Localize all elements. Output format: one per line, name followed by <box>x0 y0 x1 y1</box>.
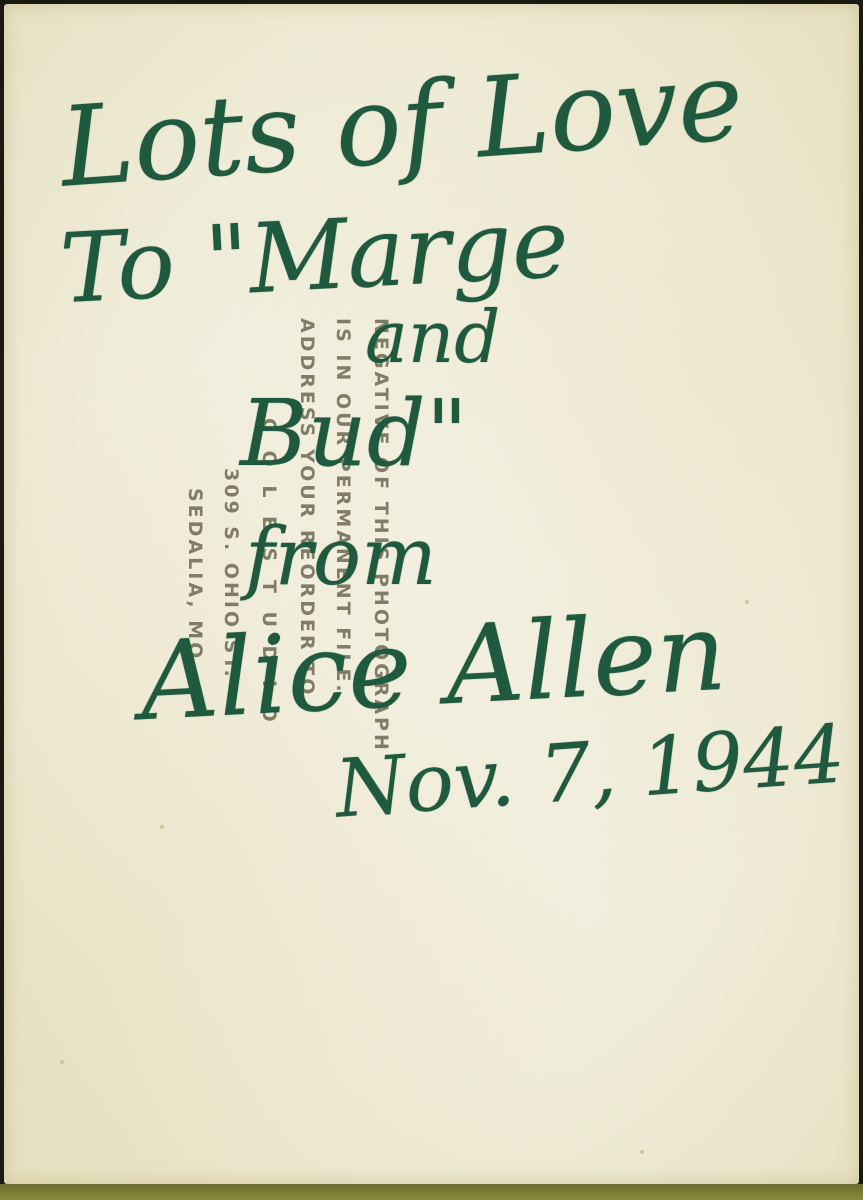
scanner-edge <box>0 1184 863 1200</box>
paper-speck <box>745 600 749 604</box>
inscription-line-4: Bud" <box>240 380 468 487</box>
inscription-line-5: from <box>245 510 437 603</box>
paper-speck <box>160 825 164 829</box>
paper-speck <box>640 1150 644 1154</box>
paper-speck <box>60 1060 64 1064</box>
inscription-line-3: and <box>365 295 500 379</box>
